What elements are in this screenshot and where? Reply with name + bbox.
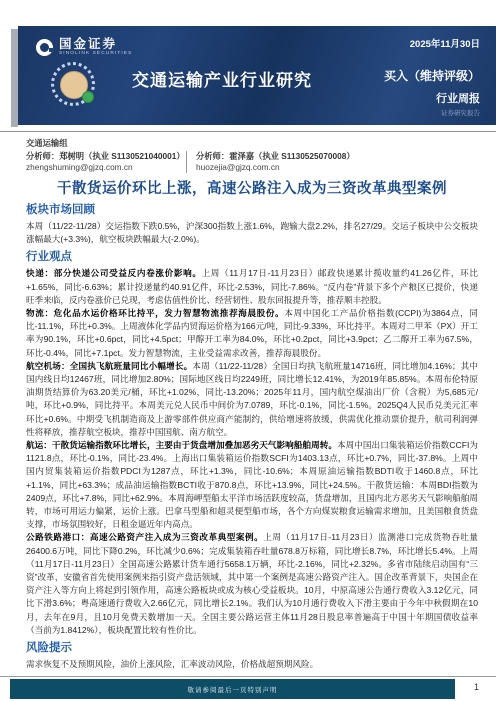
footer-disclaimer: 敬请参阅最后一页特别声明 xyxy=(188,685,278,694)
analyst-1-email: zhengshuming@gjzq.com.cn xyxy=(26,162,186,173)
banner-title: 交通运输产业行业研究 xyxy=(18,66,426,91)
market-review-paragraph: 本周（11/22-11/28）交运指数下跌0.5%，沪深300指数上涨1.6%，… xyxy=(26,220,478,246)
analyst-1: 分析师：郑树明（执业 S1130521040001） zhengshuming@… xyxy=(26,151,186,173)
brand-text: 国金证券 SINOLINK SECURITIES xyxy=(59,38,132,57)
section-heading-market-review: 板块市场回顾 xyxy=(26,204,478,217)
section-heading-risk: 风险提示 xyxy=(26,642,478,655)
header-divider xyxy=(0,131,496,132)
analyst-1-label: 分析师：郑树明（执业 S1130521040001） xyxy=(26,151,186,162)
team-name: 交通运输组 xyxy=(26,138,478,149)
report-headline: 干散货运价环比上涨，高速公路注入成为三资改革典型案例 xyxy=(26,180,478,199)
analyst-2: 分析师：霍泽嘉（执业 S1130525070008） huozejia@gjzq… xyxy=(186,151,355,173)
seal-green-dot xyxy=(82,91,94,103)
aviation-body: 本周（11/22-11/28）全国日均执飞航班量14716班，同比增加4.16%… xyxy=(26,361,478,437)
report-body: 交通运输组 分析师：郑树明（执业 S1130521040001） zhengsh… xyxy=(26,138,478,671)
industry-paragraph-aviation: 航空机场：全国执飞航班量同比小幅增长。本周（11/22-11/28）全国日均执飞… xyxy=(26,360,478,439)
aviation-lead: 航空机场：全国执飞航班量同比小幅增长。 xyxy=(26,361,192,371)
report-page: 国金证券 SINOLINK SECURITIES 2025年11月30日 交通运… xyxy=(0,0,496,701)
report-type: 行业周报 xyxy=(436,90,480,106)
highway-body: 上周（11月17日-11月23日）监测港口完成货物吞吐量26400.6万吨，同比… xyxy=(26,532,478,634)
brand-name: 国金证券 xyxy=(59,38,132,51)
brand-name-en: SINOLINK SECURITIES xyxy=(59,51,132,57)
brand-logo: 国金证券 SINOLINK SECURITIES xyxy=(36,38,132,57)
analyst-2-email: huozejia@gjzq.com.cn xyxy=(196,162,355,173)
section-heading-industry-view: 行业观点 xyxy=(26,251,478,264)
analyst-block: 分析师：郑树明（执业 S1130521040001） zhengshuming@… xyxy=(26,151,478,173)
footer: 敬请参阅最后一页特别声明 1 xyxy=(0,672,496,701)
express-lead: 快递：部分快递公司受益反内卷涨价影响。 xyxy=(26,268,202,278)
industry-paragraph-logistics: 物流：危化品水运价格环比持平，发力智慧物流推荐海晨股份。本周中国化工产品价格指数… xyxy=(26,307,478,360)
rating-badge: 买入（维持评级） xyxy=(384,67,480,84)
risk-paragraph: 需求恢复不及预期风险，油价上涨风险，汇率波动风险，价格战超预期风险。 xyxy=(26,658,478,671)
highway-lead: 公路铁路港口：高速公路资产注入成为三资改革典型案例。 xyxy=(26,532,263,542)
industry-paragraph-express: 快递：部分快递公司受益反内卷涨价影响。上周（11月17日-11月23日）邮政快递… xyxy=(26,267,478,307)
industry-paragraph-shipping: 航运：干散货运输指数环比增长，主要由于货盘增加叠加恶劣天气影响船舶周转。本周中国… xyxy=(26,439,478,531)
page-number: 1 xyxy=(474,682,479,692)
footer-bar: 敬请参阅最后一页特别声明 xyxy=(10,679,455,699)
header-banner: 国金证券 SINOLINK SECURITIES 2025年11月30日 交通运… xyxy=(18,26,496,125)
report-date: 2025年11月30日 xyxy=(410,36,480,50)
analyst-2-label: 分析师：霍泽嘉（执业 S1130525070008） xyxy=(196,151,355,162)
logistics-lead: 物流：危化品水运价格环比持平，发力智慧物流推荐海晨股份。 xyxy=(26,308,284,318)
shipping-lead: 航运：干散货运输指数环比增长，主要由于货盘增加叠加恶劣天气影响船舶周转。 xyxy=(26,440,337,450)
shipping-body: 本周中国出口集装箱运价指数CCFI为1121.8点，环比-0.1%，同比-23.… xyxy=(26,440,478,529)
report-tag: 证券研究报告 xyxy=(441,108,480,117)
industry-paragraph-highway: 公路铁路港口：高速公路资产注入成为三资改革典型案例。上周（11月17日-11月2… xyxy=(26,531,478,637)
footer-divider xyxy=(0,676,496,677)
sinolink-logo-icon xyxy=(36,39,53,56)
